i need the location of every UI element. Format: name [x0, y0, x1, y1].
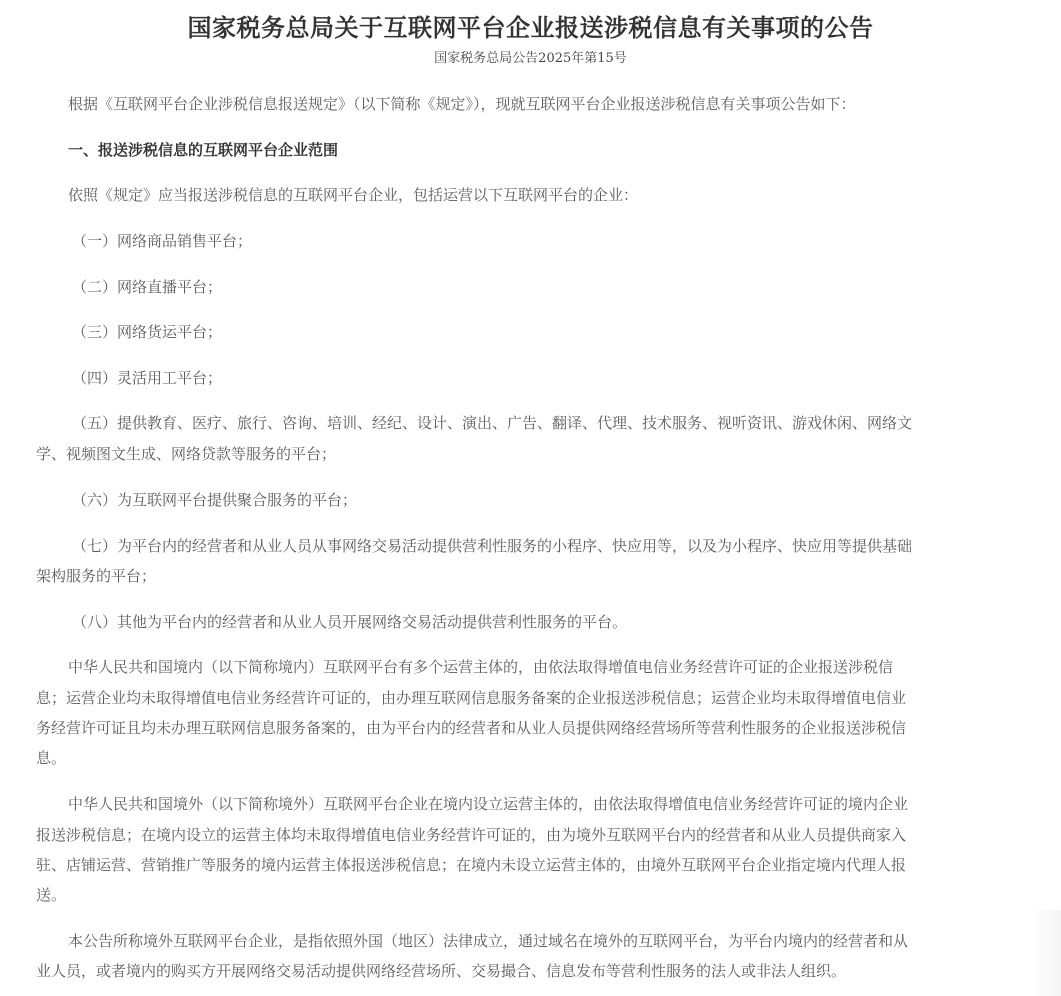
document-number: 国家税务总局公告2025年第15号: [0, 47, 1061, 66]
intro-paragraph: 根据《互联网平台企业涉税信息报送规定》（以下简称《规定》），现就互联网平台企业报…: [68, 94, 856, 114]
list-item: （一）网络商品销售平台；: [72, 231, 252, 251]
paragraph-foreign: 驻、店铺运营、营销推广等服务的境内运营主体报送涉税信息；在境内未设立运营主体的，…: [36, 855, 906, 875]
paragraph-foreign: 送。: [36, 885, 66, 905]
section-heading: 一、报送涉税信息的互联网平台企业范围: [68, 140, 338, 160]
page-edge-shadow: [1031, 910, 1061, 996]
list-item: （七）为平台内的经营者和从业人员从事网络交易活动提供营利性服务的小程序、快应用等…: [72, 536, 912, 556]
list-item: （二）网络直播平台；: [72, 277, 222, 297]
list-item-continuation: 架构服务的平台；: [36, 566, 156, 586]
paragraph-domestic: 中华人民共和国境内（以下简称境内）互联网平台有多个运营主体的，由依法取得增值电信…: [68, 657, 893, 677]
list-item: （六）为互联网平台提供聚合服务的平台；: [72, 490, 357, 510]
list-item: （五）提供教育、医疗、旅行、咨询、培训、经纪、设计、演出、广告、翻译、代理、技术…: [72, 413, 912, 433]
list-item: （四）灵活用工平台；: [72, 368, 222, 388]
paragraph-definition: 业人员，或者境内的购买方开展网络交易活动提供网络经营场所、交易撮合、信息发布等营…: [36, 961, 846, 981]
paragraph-domestic: 息；运营企业均未取得增值电信业务经营许可证的，由办理互联网信息服务备案的企业报送…: [36, 688, 906, 708]
document-title: 国家税务总局关于互联网平台企业报送涉税信息有关事项的公告: [0, 8, 1061, 43]
paragraph-foreign: 中华人民共和国境外（以下简称境外）互联网平台企业在境内设立运营主体的，由依法取得…: [68, 794, 908, 814]
list-item: （八）其他为平台内的经营者和从业人员开展网络交易活动提供营利性服务的平台。: [72, 612, 627, 632]
paragraph-domestic: 务经营许可证且均未办理互联网信息服务备案的，由为平台内的经营者和从业人员提供网络…: [36, 718, 906, 738]
section-lead: 依照《规定》应当报送涉税信息的互联网平台企业，包括运营以下互联网平台的企业：: [68, 185, 638, 205]
paragraph-domestic: 息。: [36, 748, 66, 768]
list-item-continuation: 学、视频图文生成、网络贷款等服务的平台；: [36, 444, 336, 464]
list-item: （三）网络货运平台；: [72, 322, 222, 342]
paragraph-definition: 本公告所称境外互联网平台企业，是指依照外国（地区）法律成立，通过域名在境外的互联…: [68, 931, 908, 951]
paragraph-foreign: 报送涉税信息；在境内设立的运营主体均未取得增值电信业务经营许可证的，由为境外互联…: [36, 825, 906, 845]
